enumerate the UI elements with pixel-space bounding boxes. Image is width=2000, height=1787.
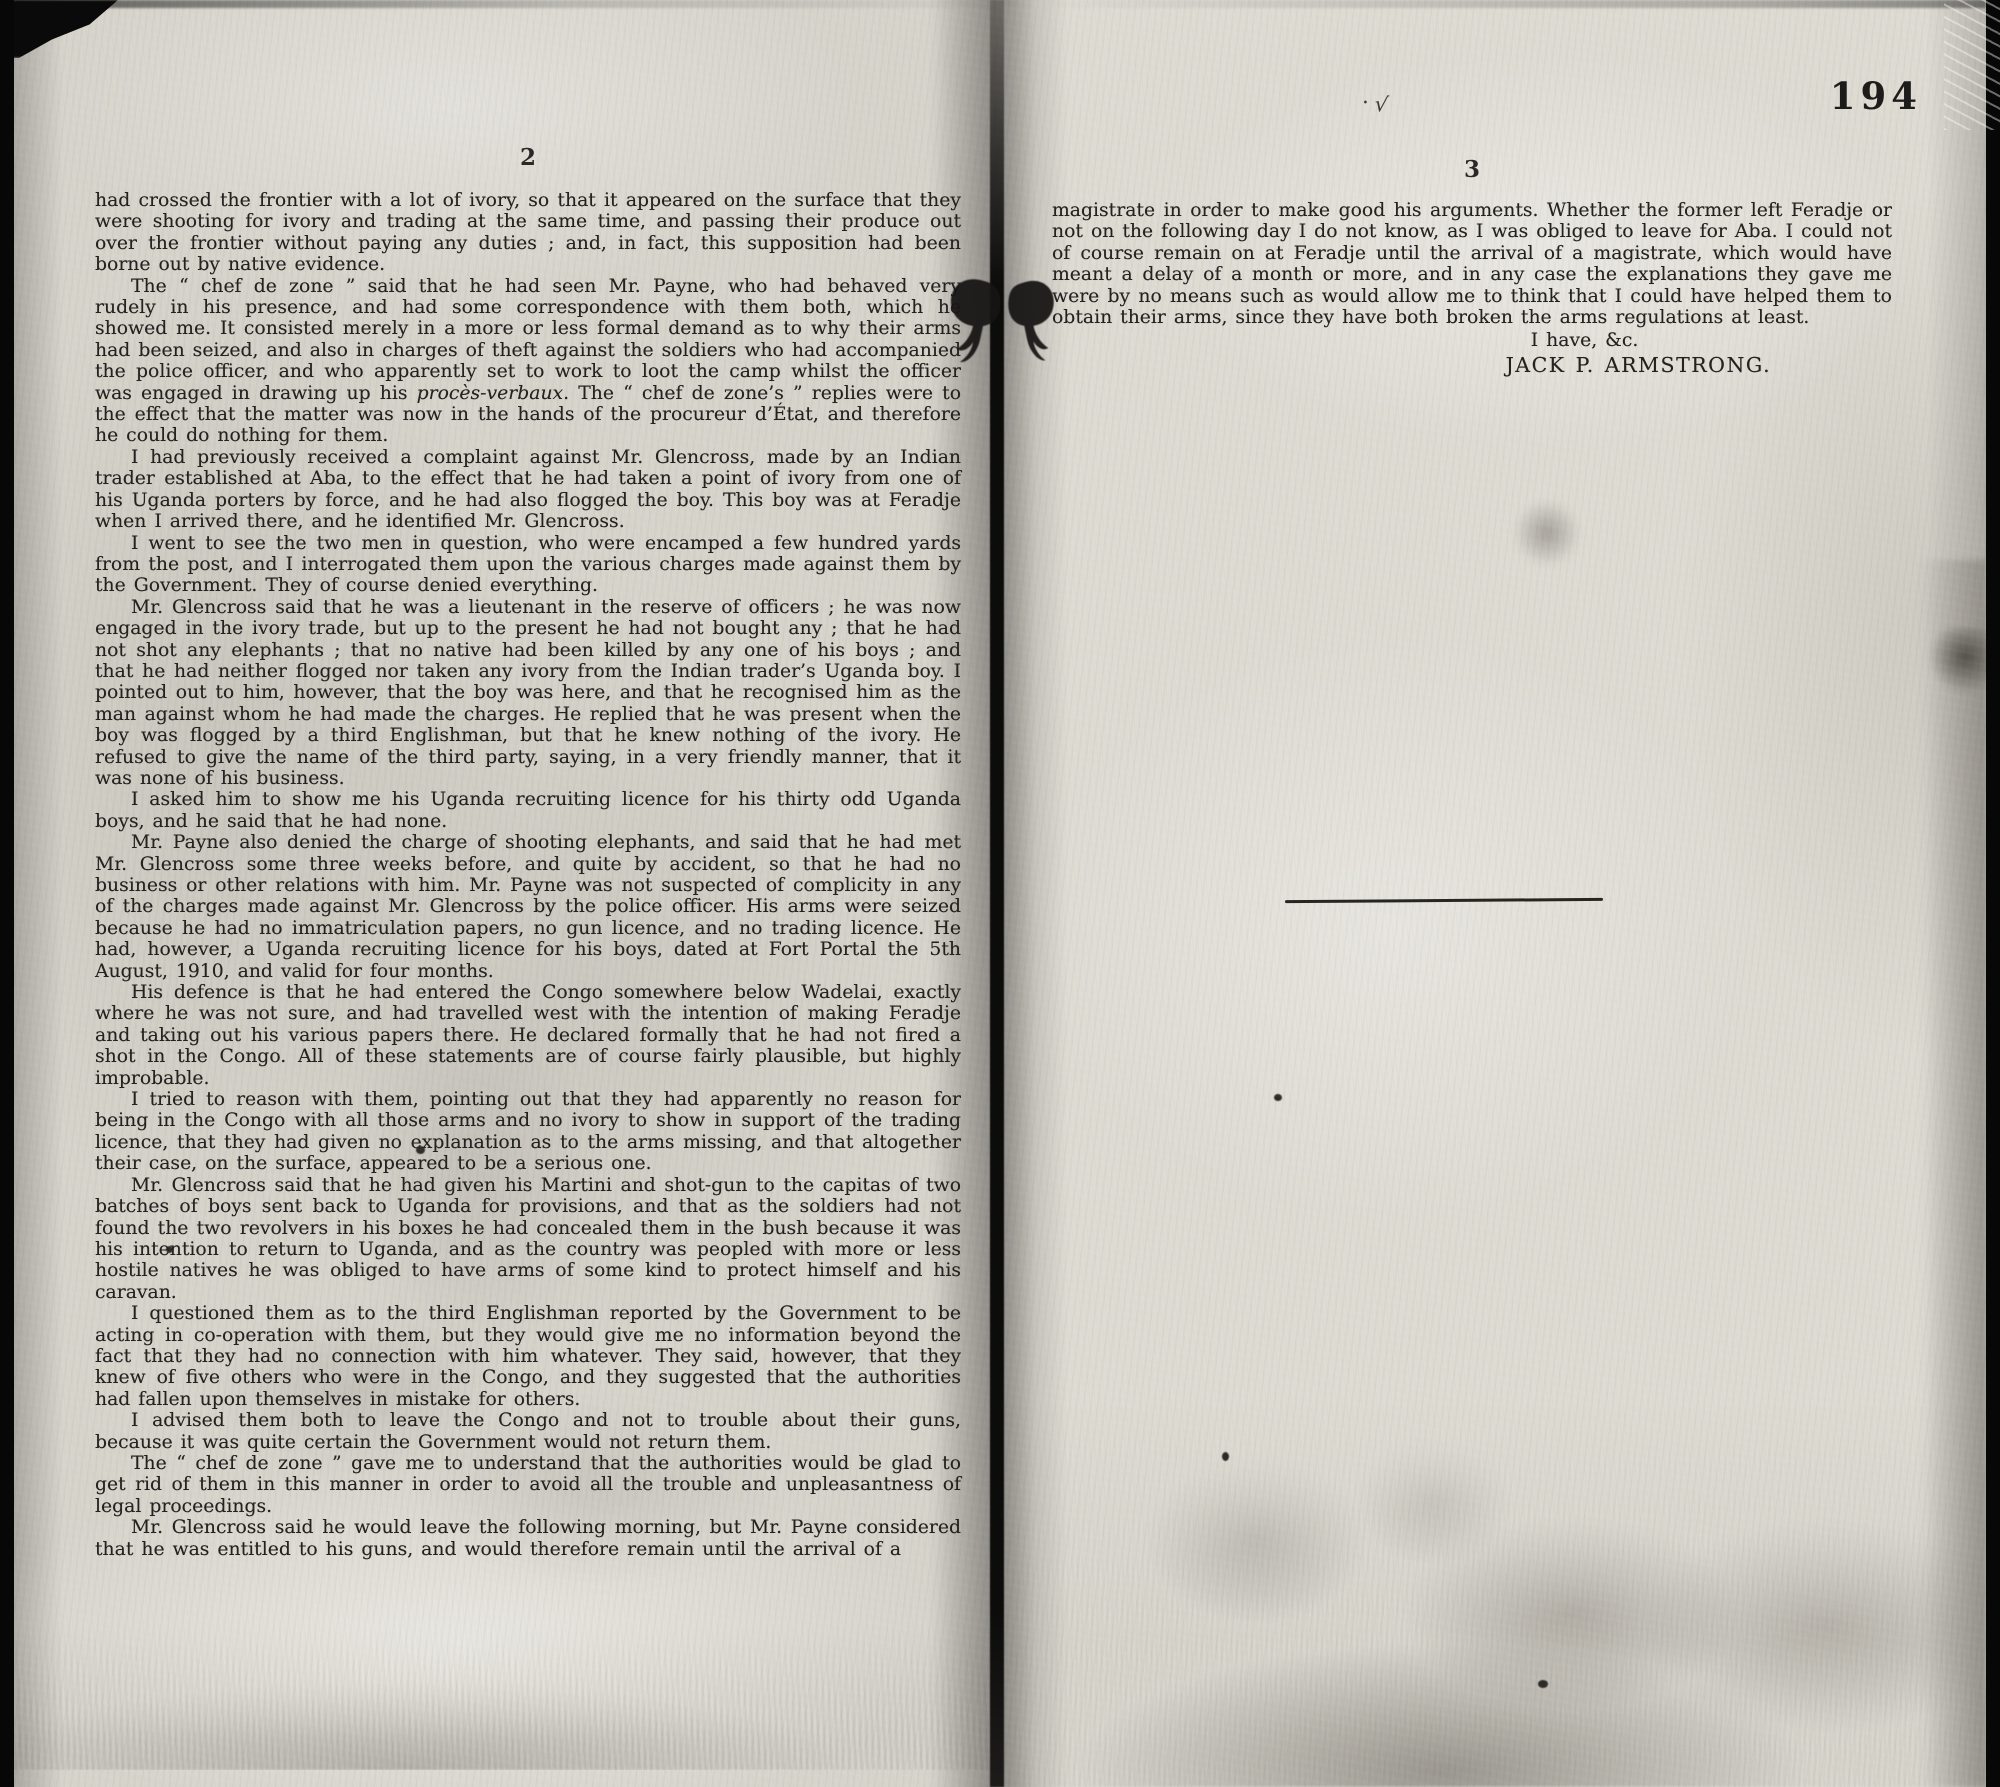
- scan-edge-right: [1986, 0, 2000, 1787]
- paragraph: I tried to reason with them, pointing ou…: [95, 1089, 961, 1175]
- right-page-text: magistrate in order to make good his arg…: [1052, 200, 1892, 376]
- right-page-paragraphs: magistrate in order to make good his arg…: [1052, 200, 1892, 328]
- paragraph: Mr. Glencross said he would leave the fo…: [95, 1517, 961, 1560]
- book-scan-spread: 2 had crossed the frontier with a lot of…: [0, 0, 2000, 1787]
- paragraph: The “ chef de zone ” said that he had se…: [95, 276, 961, 447]
- left-page-text: had crossed the frontier with a lot of i…: [95, 190, 961, 1560]
- stray-ink-mark: ·√: [1360, 90, 1395, 118]
- page-number-left: 2: [95, 144, 961, 171]
- ink-speck: [1538, 1680, 1548, 1688]
- paragraph: had crossed the frontier with a lot of i…: [95, 190, 961, 276]
- paragraph: I advised them both to leave the Congo a…: [95, 1410, 961, 1453]
- book-gutter: [990, 0, 1004, 1787]
- page-number-right: 3: [1052, 156, 1892, 183]
- paragraph: Mr. Glencross said that he had given his…: [95, 1175, 961, 1303]
- paragraph: I questioned them as to the third Englis…: [95, 1303, 961, 1410]
- scan-edge-left: [0, 0, 14, 1787]
- scan-edge-top: [14, 0, 1986, 8]
- paragraph: I went to see the two men in question, w…: [95, 533, 961, 597]
- folio-number: 194: [1690, 74, 1922, 118]
- letter-closing: I have, &c.: [1052, 330, 1892, 351]
- paragraph: His defence is that he had entered the C…: [95, 982, 961, 1089]
- paragraph: I asked him to show me his Uganda recrui…: [95, 789, 961, 832]
- paragraph: Mr. Glencross said that he was a lieuten…: [95, 597, 961, 790]
- ink-speck: [1274, 1094, 1282, 1101]
- ink-speck: [1222, 1452, 1229, 1461]
- paragraph: I had previously received a complaint ag…: [95, 447, 961, 533]
- paragraph: The “ chef de zone ” gave me to understa…: [95, 1453, 961, 1517]
- binding-clasps-icon: [942, 272, 1062, 372]
- letter-signature: JACK P. ARMSTRONG.: [1052, 355, 1892, 376]
- paragraph: magistrate in order to make good his arg…: [1052, 200, 1892, 328]
- paragraph: Mr. Payne also denied the charge of shoo…: [95, 832, 961, 982]
